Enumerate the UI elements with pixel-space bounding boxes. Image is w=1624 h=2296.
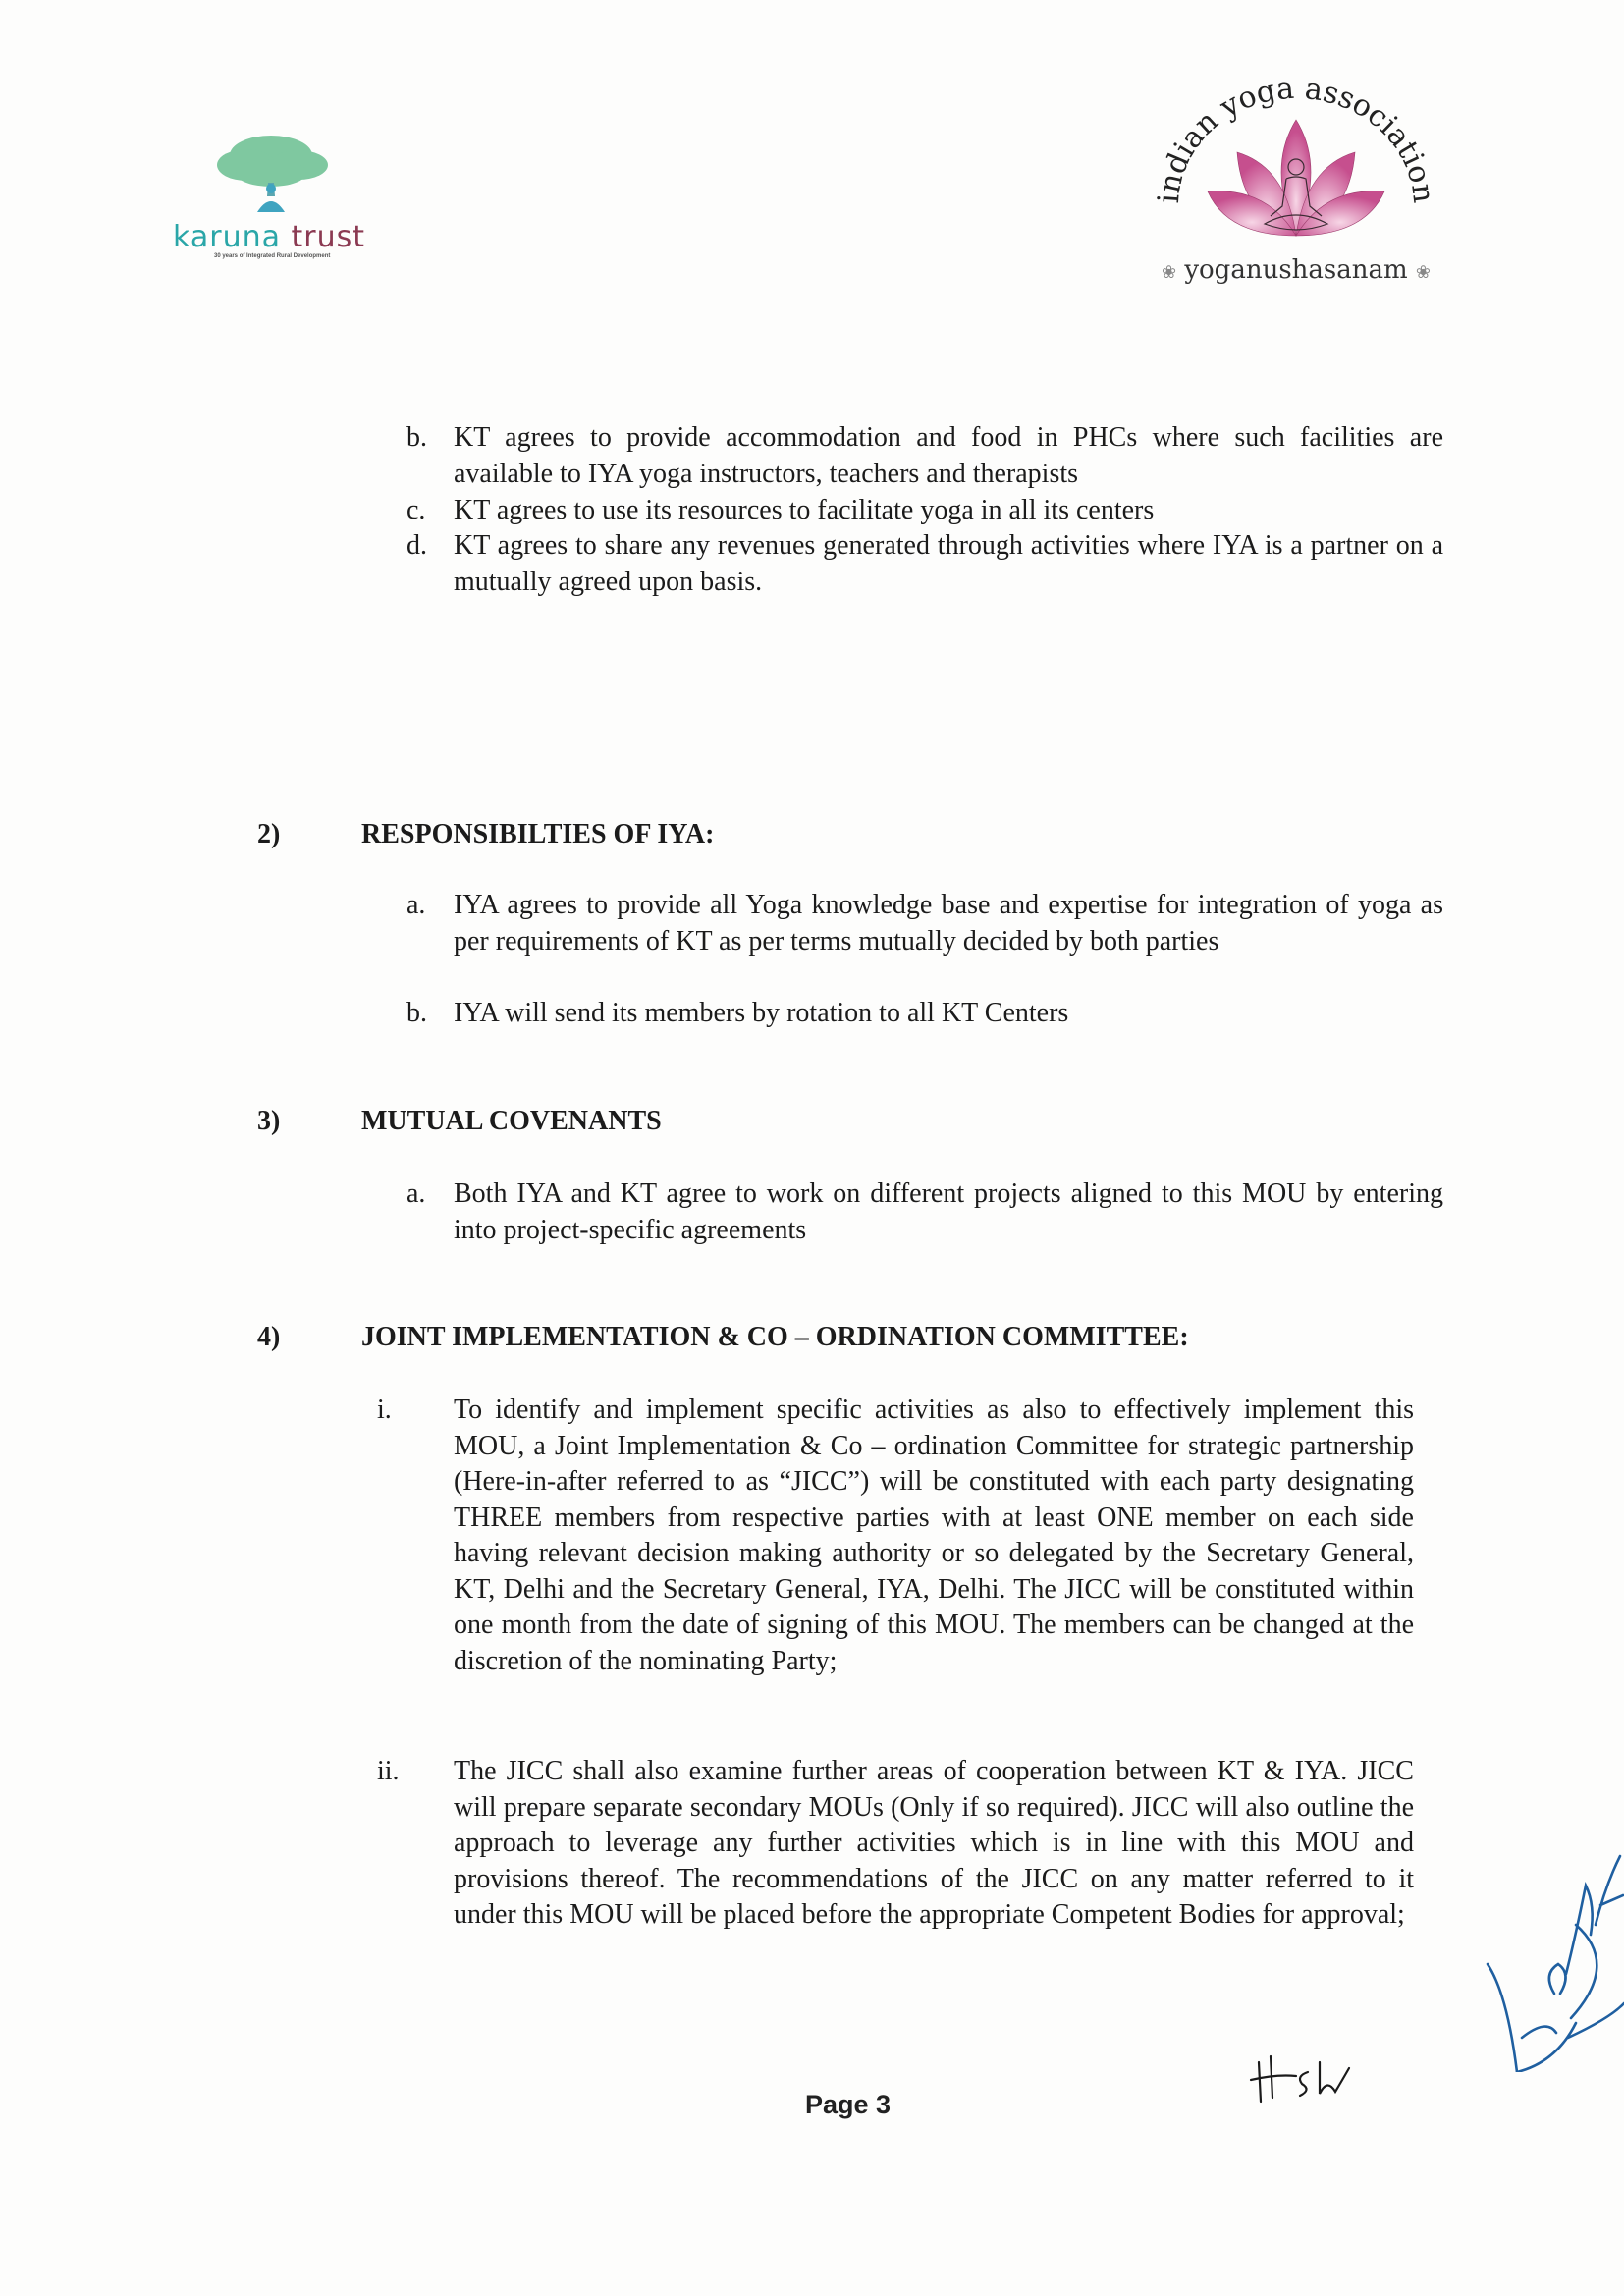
- clause-kt-d: d. KT agrees to share any revenues gener…: [406, 528, 1443, 600]
- clause-iya-a: a. IYA agrees to provide all Yoga knowle…: [406, 888, 1443, 959]
- karuna-tagline: 30 years of Integrated Rural Development: [214, 253, 330, 259]
- section-title: JOINT IMPLEMENTATION & CO – ORDINATION C…: [361, 1322, 1189, 1353]
- clause-marker: b.: [406, 996, 427, 1032]
- clause-iya-b: b. IYA will send its members by rotation…: [406, 996, 1443, 1032]
- clause-text: KT agrees to share any revenues generate…: [454, 528, 1443, 600]
- clause-marker: a.: [406, 888, 425, 924]
- page-number: Page 3: [805, 2090, 891, 2120]
- clause-text: IYA will send its members by rotation to…: [454, 996, 1443, 1032]
- clause-text: To identify and implement specific activ…: [454, 1393, 1414, 1679]
- karuna-trust-logo: karuna trust 30 years of Integrated Rura…: [173, 126, 418, 263]
- clause-marker: i.: [377, 1393, 392, 1429]
- clause-jicc-i: i. To identify and implement specific ac…: [377, 1393, 1414, 1679]
- initials-signature-icon: [1247, 2043, 1375, 2111]
- bodhi-tree-meditator-icon: [173, 126, 418, 224]
- clause-kt-c: c. KT agrees to use its resources to fac…: [406, 493, 1443, 529]
- lotus-ornament-icon: ❀: [1416, 262, 1431, 283]
- clause-text: KT agrees to provide accommodation and f…: [454, 420, 1443, 492]
- clause-marker: d.: [406, 528, 427, 565]
- lotus-ornament-icon: ❀: [1162, 262, 1176, 283]
- section-number: 2): [257, 819, 280, 850]
- section-number: 3): [257, 1106, 280, 1137]
- lotus-yogi-icon: indian yoga association: [1139, 59, 1453, 255]
- clause-text: IYA agrees to provide all Yoga knowledge…: [454, 888, 1443, 959]
- clause-text: Both IYA and KT agree to work on differe…: [454, 1176, 1443, 1248]
- clause-marker: ii.: [377, 1754, 400, 1790]
- section-title: MUTUAL COVENANTS: [361, 1106, 662, 1137]
- iya-logo: indian yoga association ❀ yoganushasanam…: [1139, 59, 1453, 304]
- clause-text: The JICC shall also examine further area…: [454, 1754, 1414, 1934]
- iya-subtitle: ❀ yoganushasanam ❀: [1139, 255, 1453, 285]
- clause-text: KT agrees to use its resources to facili…: [454, 493, 1443, 529]
- clause-mutual-a: a. Both IYA and KT agree to work on diff…: [406, 1176, 1443, 1248]
- clause-jicc-ii: ii. The JICC shall also examine further …: [377, 1754, 1414, 1934]
- clause-kt-b: b. KT agrees to provide accommodation an…: [406, 420, 1443, 492]
- clause-marker: a.: [406, 1176, 425, 1213]
- clause-marker: b.: [406, 420, 427, 457]
- section-number: 4): [257, 1322, 280, 1353]
- section-title: RESPONSIBILTIES OF IYA:: [361, 819, 714, 850]
- clause-marker: c.: [406, 493, 425, 529]
- signature-icon: [1448, 1827, 1624, 2072]
- karuna-trust-wordmark: karuna trust: [173, 220, 365, 254]
